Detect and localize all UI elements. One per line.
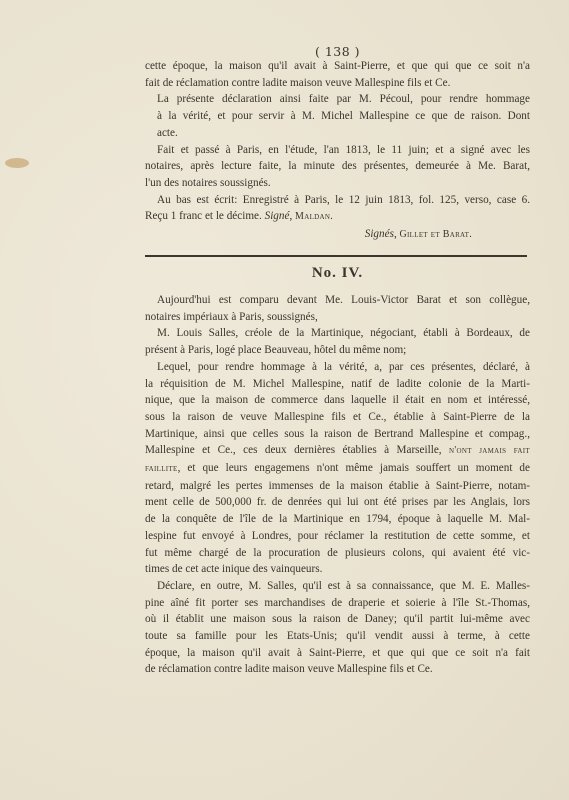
paragraph-lequel: Lequel, pour rendre hommage à la vérité,… xyxy=(145,359,530,578)
paragraph-comparution: Aujourd'hui est comparu devant Me. Louis… xyxy=(145,292,530,325)
paragraph-enregistrement: Au bas est écrit: Enregistré à Paris, le… xyxy=(145,192,530,226)
signatures-line: Signés, Gillet et Barat. xyxy=(145,226,530,244)
paragraph-fait-passe: Fait et passé à Paris, en l'étude, l'an … xyxy=(145,142,530,192)
section-heading: No. IV. xyxy=(145,265,530,282)
paragraph-continuation: cette époque, la maison qu'il avait à Sa… xyxy=(145,58,530,91)
paragraph-declaration: La présente déclaration ainsi faite par … xyxy=(145,91,530,141)
top-section: cette époque, la maison qu'il avait à Sa… xyxy=(145,58,530,244)
paragraph-declare-en-outre: Déclare, en outre, M. Salles, qu'il est … xyxy=(145,578,530,678)
signature-maldan: Maldan. xyxy=(295,211,333,222)
emphasis-faillite: faillite xyxy=(145,463,178,474)
paper-stain xyxy=(5,158,29,168)
section-divider-rule xyxy=(145,255,527,257)
paragraph-salles: M. Louis Salles, créole de la Martinique… xyxy=(145,325,530,358)
emphasis-jamais-fait: n'ont jamais fait xyxy=(449,445,530,456)
section-iv-body: Aujourd'hui est comparu devant Me. Louis… xyxy=(145,292,530,678)
page-number: ( 138 ) xyxy=(145,44,530,59)
